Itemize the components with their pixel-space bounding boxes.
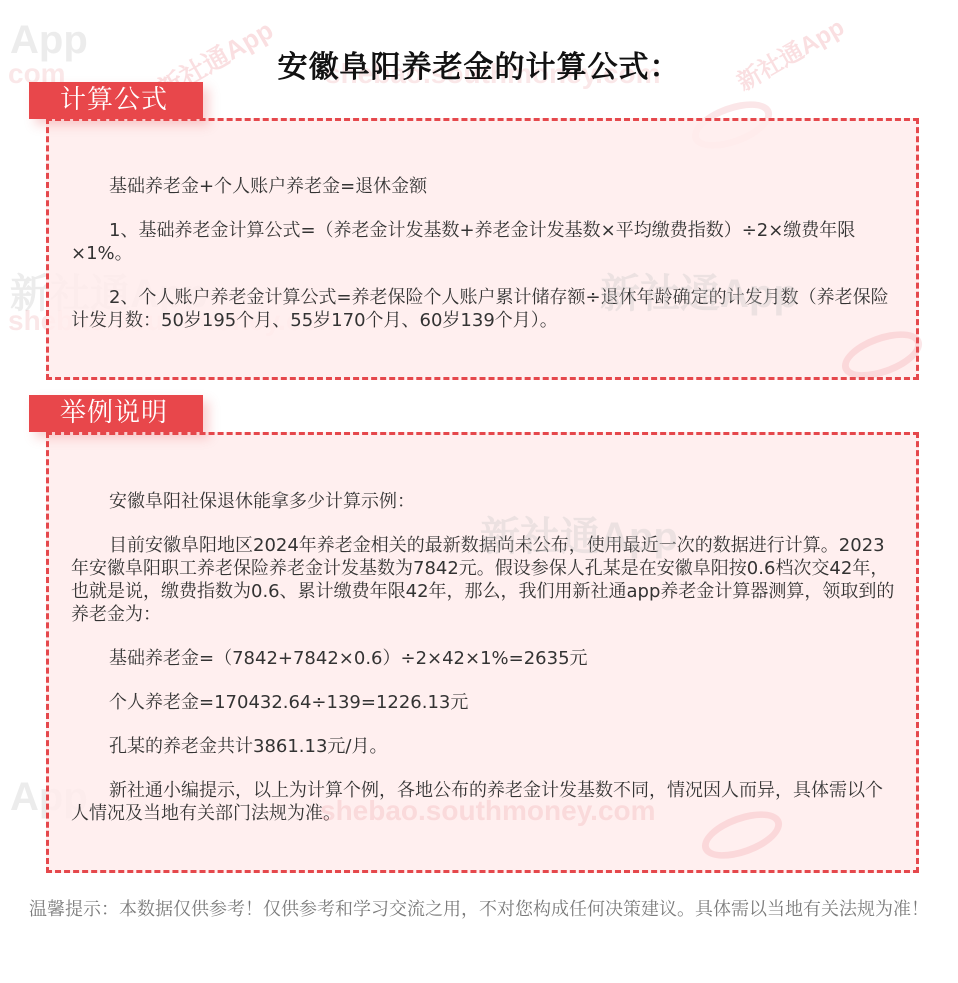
formula-paragraph: 2、个人账户养老金计算公式=养老保险个人账户累计储存额÷退休年龄确定的计发月数（… [71, 286, 896, 332]
formula-paragraph: 基础养老金+个人账户养老金=退休金额 [71, 175, 896, 198]
section-box-formula: 基础养老金+个人账户养老金=退休金额 1、基础养老金计算公式=（养老金计发基数+… [46, 118, 919, 380]
formula-paragraph: 1、基础养老金计算公式=（养老金计发基数+养老金计发基数×平均缴费指数）÷2×缴… [71, 219, 896, 265]
example-paragraph: 目前安徽阜阳地区2024年养老金相关的最新数据尚未公布，使用最近一次的数据进行计… [71, 534, 896, 626]
section-box-example: 安徽阜阳社保退休能拿多少计算示例： 目前安徽阜阳地区2024年养老金相关的最新数… [46, 432, 919, 873]
footer-disclaimer: 温馨提示：本数据仅供参考！仅供参考和学习交流之用，不对您构成任何决策建议。具体需… [20, 897, 938, 922]
section-label-example: 举例说明 [29, 395, 203, 432]
example-paragraph: 安徽阜阳社保退休能拿多少计算示例： [71, 490, 896, 513]
page-title: 安徽阜阳养老金的计算公式： [0, 42, 958, 86]
example-paragraph: 个人养老金=170432.64÷139=1226.13元 [71, 691, 896, 714]
example-paragraph: 基础养老金=（7842+7842×0.6）÷2×42×1%=2635元 [71, 647, 896, 670]
example-paragraph: 孔某的养老金共计3861.13元/月。 [71, 735, 896, 758]
section-label-formula: 计算公式 [29, 82, 203, 119]
